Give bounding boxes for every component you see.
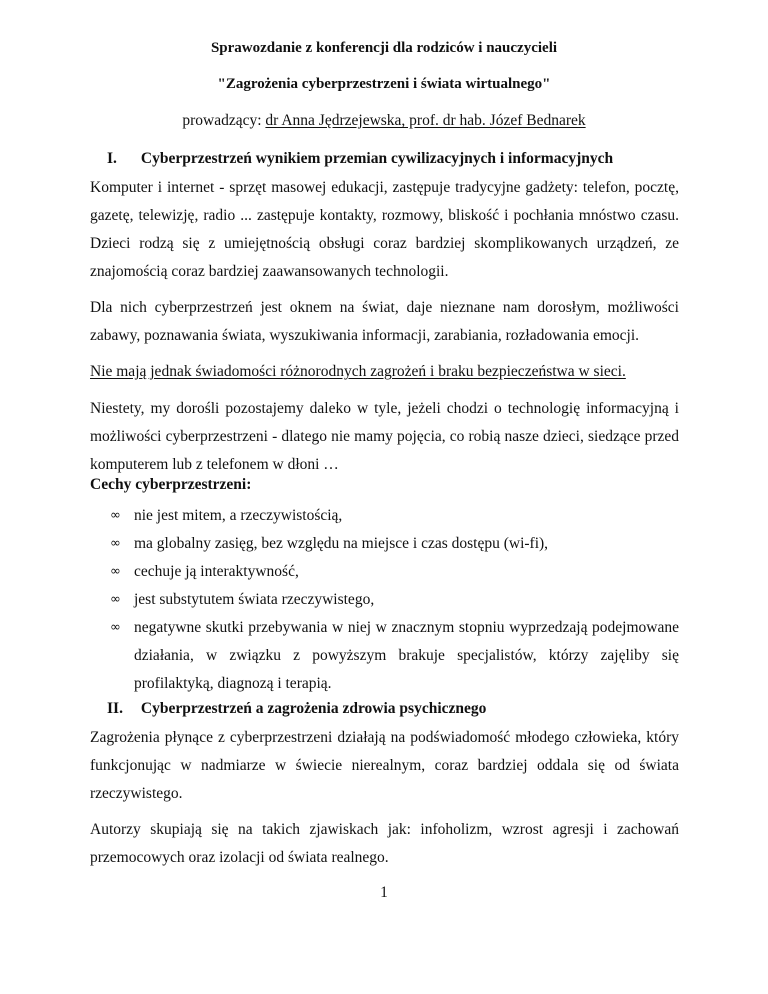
list-item: ∞jest substytutem świata rzeczywistego, [90, 586, 679, 614]
section-2-title: Cyberprzestrzeń a zagrożenia zdrowia psy… [141, 700, 487, 717]
section-1-heading: I. Cyberprzestrzeń wynikiem przemian cyw… [107, 150, 613, 168]
paragraph-authors-focus: Autorzy skupiają się na takich zjawiskac… [90, 816, 679, 872]
list-item: ∞negatywne skutki przebywania w niej w z… [90, 614, 679, 698]
infinity-bullet-icon: ∞ [110, 502, 121, 530]
presenters-line: prowadzący: dr Anna Jędrzejewska, prof. … [0, 112, 768, 130]
infinity-bullet-icon: ∞ [110, 558, 121, 586]
infinity-bullet-icon: ∞ [110, 586, 121, 614]
paragraph-adults-behind: Niestety, my dorośli pozostajemy daleko … [90, 395, 679, 479]
section-1-number: I. [107, 150, 137, 168]
infinity-bullet-icon: ∞ [110, 530, 121, 558]
features-label: Cechy cyberprzestrzeni: [90, 476, 251, 494]
paragraph-threats: Zagrożenia płynące z cyberprzestrzeni dz… [90, 724, 679, 808]
document-title: Sprawozdanie z konferencji dla rodziców … [0, 40, 768, 57]
list-item: ∞cechuje ją interaktywność, [90, 558, 679, 586]
list-item: ∞ma globalny zasięg, bez względu na miej… [90, 530, 679, 558]
infinity-bullet-icon: ∞ [110, 614, 121, 642]
page-number: 1 [0, 884, 768, 902]
conference-title: "Zagrożenia cyberprzestrzeni i świata wi… [0, 76, 768, 93]
section-2-number: II. [107, 700, 137, 718]
paragraph-computer-internet: Komputer i internet - sprzęt masowej edu… [90, 174, 679, 286]
presenters-label: prowadzący: [182, 112, 265, 129]
section-2-heading: II. Cyberprzestrzeń a zagrożenia zdrowia… [107, 700, 486, 718]
paragraph-no-awareness: Nie mają jednak świadomości różnorodnych… [90, 358, 679, 386]
presenters-names: dr Anna Jędrzejewska, prof. dr hab. Józe… [265, 112, 585, 129]
list-item: ∞nie jest mitem, a rzeczywistością, [90, 502, 679, 530]
section-1-title: Cyberprzestrzeń wynikiem przemian cywili… [141, 150, 613, 167]
features-list: ∞nie jest mitem, a rzeczywistością, ∞ma … [90, 502, 679, 698]
paragraph-window-to-world: Dla nich cyberprzestrzeń jest oknem na ś… [90, 294, 679, 350]
